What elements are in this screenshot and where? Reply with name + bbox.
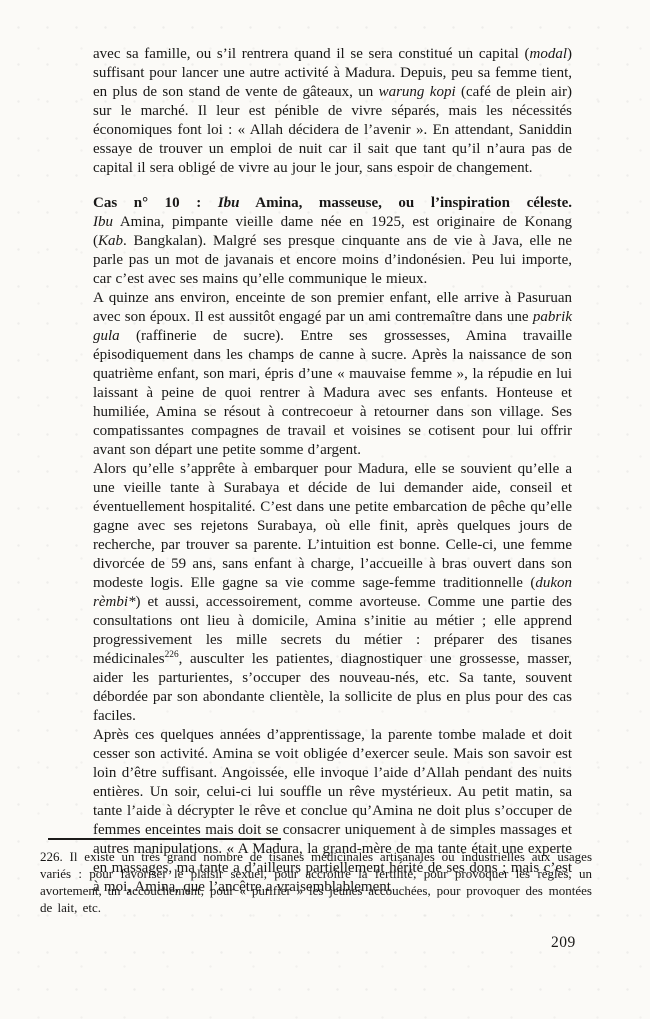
body-text: avec sa famille, ou s’il rentrera quand … [93,45,572,897]
paragraph: avec sa famille, ou s’il rentrera quand … [93,45,572,178]
text-run: warung kopi [379,84,456,100]
section-heading: Cas n° 10 : Ibu Amina, masseuse, ou l’in… [93,194,572,213]
scanned-book-page: avec sa famille, ou s’il rentrera quand … [0,0,650,1019]
text-run: 226 [165,650,179,660]
text-run: Amina, masseuse, ou l’inspiration célest… [240,195,572,211]
text-run: avec sa famille, ou s’il rentrera quand … [93,46,530,62]
paragraph: Alors qu’elle s’apprête à embarquer pour… [93,460,572,726]
paragraph: Ibu Amina, pimpante vieille dame née en … [93,213,572,289]
footnote-text: 226. Il existe un très grand nombre de t… [40,848,592,916]
paragraph: A quinze ans environ, enceinte de son pr… [93,289,572,460]
text-run: . Bangkalan). Malgré ses presque cinquan… [93,233,572,287]
text-run: Kab [98,233,123,249]
text-run: (raffinerie de sucre). Entre ses grosses… [93,328,572,458]
text-run: 226. Il existe un très grand nombre de t… [40,849,592,915]
text-run: Alors qu’elle s’apprête à embarquer pour… [93,461,572,591]
page-number: 209 [551,934,576,952]
text-run: modal [530,46,568,62]
footnote-separator [48,838,281,840]
text-run: Cas n° 10 : [93,195,218,211]
text-run: Ibu [218,195,240,211]
text-run: A quinze ans environ, enceinte de son pr… [93,290,572,325]
footnote: 226. Il existe un très grand nombre de t… [40,848,592,916]
text-run: Ibu [93,214,113,230]
